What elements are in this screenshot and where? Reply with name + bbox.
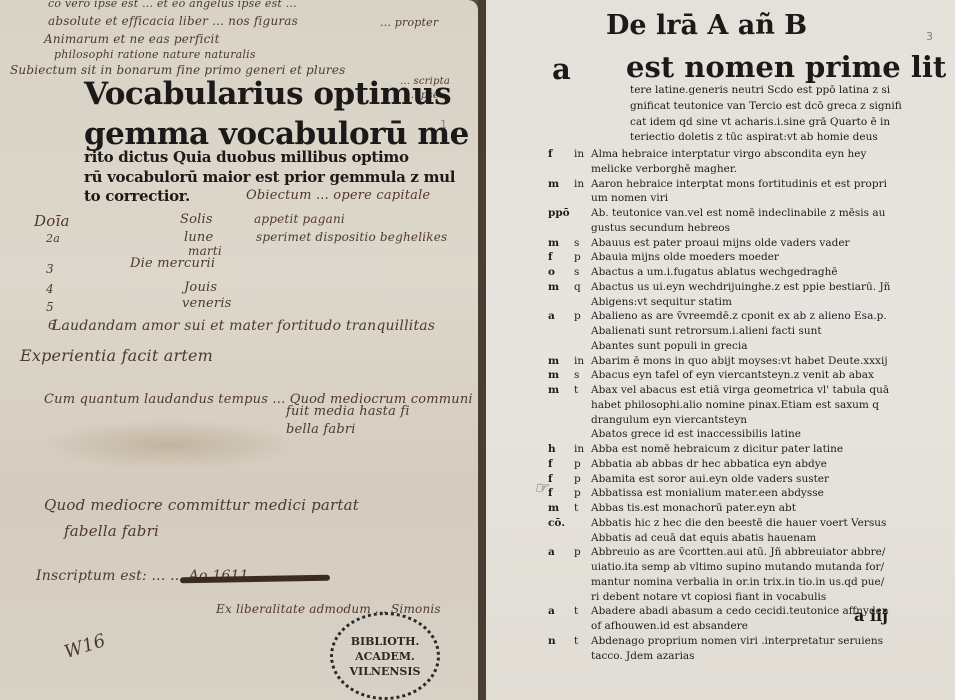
entry-type: in — [574, 443, 584, 455]
marginalia-right-0: ... propter — [380, 16, 438, 29]
stamp-line-3: VILNENSIS — [350, 664, 421, 679]
entry-text: Abadere abadi abasum a cedo cecidi.teuto… — [591, 605, 889, 617]
marginalia-top-1: absolute et efficacia liber ... nos figu… — [48, 14, 298, 28]
entry-type: p — [574, 487, 581, 499]
entry-type: in — [574, 355, 584, 367]
dictionary-entry: mantur nomina verbalia in or.in trix.in … — [486, 576, 955, 590]
entry-text: Abactus us ui.eyn wechdrijuinghe.z est p… — [591, 281, 890, 293]
entry-text: ri debent notare vt copiosi fiant in voc… — [591, 591, 826, 603]
weekday-right-0: appetit pagani — [254, 212, 345, 226]
entry-type: s — [574, 266, 579, 278]
dictionary-entry: Abigens:vt sequitur statim — [486, 296, 955, 310]
entry-gender: f — [548, 458, 553, 470]
weekday-right-1: sperimet dispositio beghelikes — [256, 230, 447, 244]
entry-gender: o — [548, 266, 555, 278]
entry-gender: h — [548, 443, 556, 455]
dictionary-entry: habet philosophi.alio nomine pinax.Etiam… — [486, 399, 955, 413]
marginalia-top-0: co vero ipse est ... et eo angelus ipse … — [48, 0, 297, 10]
entry-type: p — [574, 458, 581, 470]
entry-gender: a — [548, 605, 555, 617]
dictionary-entry: gustus secundum hebreos — [486, 222, 955, 236]
entry-text: Abalienati sunt retrorsum.i.alieni facti… — [591, 325, 822, 337]
dictionary-entry: uiatio.ita semp ab vltimo supino mutando… — [486, 561, 955, 575]
book-gutter — [478, 0, 486, 700]
intro-line-3: teriectio doletis z tūc aspirat:vt ab ho… — [630, 131, 878, 143]
weekday-left-0: Doīa — [34, 212, 70, 230]
dictionary-entry: msAbacus eyn tafel of eyn viercantsteyn.… — [486, 369, 955, 383]
dictionary-entry: ntAbdenago proprium nomen viri .interpre… — [486, 635, 955, 649]
title-line-2: gemma vocabulorū me — [84, 116, 469, 152]
intro-line-2: cat idem qd sine vt acharis.i.sine grā Q… — [630, 116, 890, 128]
marginalia-after-title: Obiectum ... opere capitale — [246, 188, 430, 203]
signature-mark: a iij — [854, 606, 888, 625]
dictionary-entry: finAlma hebraice interptatur virgo absco… — [486, 148, 955, 162]
entry-gender: ppō — [548, 207, 570, 219]
section-heading: De lrā A añ B — [606, 10, 807, 41]
entry-text: Abbatis ad ceuā dat equis abatis hauenam — [591, 532, 816, 544]
right-page-dictionary-leaf: 3 De lrā A añ B a est nomen prime lit te… — [486, 0, 955, 700]
left-page-title-leaf: co vero ipse est ... et eo angelus ipse … — [0, 0, 478, 700]
entry-type: p — [574, 310, 581, 322]
marginalia-top-4: Subiectum sit in bonarum fine primo gene… — [10, 63, 345, 77]
entry-gender: a — [548, 546, 555, 558]
weekday-mid-5: veneris — [182, 296, 232, 311]
stamp-line-2: ACADEM. — [355, 649, 415, 664]
entry-gender: m — [548, 178, 559, 190]
dictionary-entry: ppōAb. teutonice van.vel est nomē indecl… — [486, 207, 955, 221]
marginalia-top-2: Animarum et ne eas perficit — [44, 32, 220, 46]
entry-text: gustus secundum hebreos — [591, 222, 730, 234]
entry-text: Abacus eyn tafel of eyn viercantsteyn.z … — [591, 369, 874, 381]
stamp-line-1: BIBLIOTH. — [351, 634, 420, 649]
handwritten-line-4: bella fabri — [286, 422, 356, 437]
entry-type: t — [574, 635, 578, 647]
entry-text: um nomen viri — [591, 192, 668, 204]
dictionary-entry: fpAbbatissa est monialium mater.een abdy… — [486, 487, 955, 501]
entry-type: in — [574, 148, 584, 160]
dictionary-entry: Abbatis ad ceuā dat equis abatis hauenam — [486, 532, 955, 546]
weekday-left-4: 5 — [46, 300, 54, 314]
entry-text: Abax vel abacus est etiā virga geometric… — [591, 384, 889, 396]
entry-gender: m — [548, 281, 559, 293]
entry-text: Abauia mijns olde moeders moeder — [591, 251, 779, 263]
entry-text: Abatos grece id est inaccessibilis latin… — [591, 428, 801, 440]
shelfmark: W16 — [62, 630, 108, 663]
entry-gender: m — [548, 237, 559, 249]
weekday-left-3: 4 — [46, 282, 54, 296]
dictionary-entry: Abatos grece id est inaccessibilis latin… — [486, 428, 955, 442]
weekday-mid-1: lune — [184, 230, 213, 245]
entry-type: p — [574, 251, 581, 263]
dictionary-entry: drangulum eyn viercantsteyn — [486, 414, 955, 428]
intro-line-1: gnificat teutonice van Tercio est dcō gr… — [630, 100, 902, 112]
entry-text: uiatio.ita semp ab vltimo supino mutando… — [591, 561, 884, 573]
entry-type: q — [574, 281, 581, 293]
entry-gender: a — [548, 310, 555, 322]
ink-strikethrough — [180, 575, 330, 584]
entry-text: Abba est nomē hebraicum z dicitur pater … — [591, 443, 843, 455]
weekday-mid-0: Solis — [180, 212, 213, 227]
entry-text: Ab. teutonice van.vel est nomē indeclina… — [591, 207, 885, 219]
dictionary-entry: um nomen viri — [486, 192, 955, 206]
dictionary-entry: melicke verborghē magher. — [486, 163, 955, 177]
entry-text: Aaron hebraice interptat mons fortitudin… — [591, 178, 887, 190]
weekday-mid-4: Jouis — [184, 280, 217, 295]
folio-number: 3 — [926, 30, 933, 43]
title-line-1: Vocabularius optimus — [84, 76, 451, 112]
entry-text: Abigens:vt sequitur statim — [591, 296, 732, 308]
first-letter: a — [552, 52, 571, 86]
entry-text: Abauus est pater proaui mijns olde vader… — [591, 237, 850, 249]
dictionary-entry: tacco. Jdem azarias — [486, 650, 955, 664]
entry-text: Abbatissa est monialium mater.een abdyss… — [591, 487, 824, 499]
entry-text: Alma hebraice interptatur virgo abscondi… — [591, 148, 866, 160]
entry-gender: f — [548, 251, 553, 263]
entry-text: tacco. Jdem azarias — [591, 650, 695, 662]
entry-type: t — [574, 605, 578, 617]
entry-text: Abarim ē mons in quo abijt moyses:vt hab… — [591, 355, 888, 367]
entry-text: drangulum eyn viercantsteyn — [591, 414, 747, 426]
dictionary-entry: apAbbreuio as are v̄cortten.aui atū. Jñ … — [486, 546, 955, 560]
entry-type: p — [574, 473, 581, 485]
dictionary-entry: ri debent notare vt copiosi fiant in voc… — [486, 591, 955, 605]
entry-type: t — [574, 502, 578, 514]
entry-text: melicke verborghē magher. — [591, 163, 737, 175]
entry-gender: f — [548, 148, 553, 160]
dictionary-entry: minAaron hebraice interptat mons fortitu… — [486, 178, 955, 192]
entry-text: Abbas tis.est monachorū pater.eyn abt — [591, 502, 796, 514]
dictionary-entry: mqAbactus us ui.eyn wechdrijuinghe.z est… — [486, 281, 955, 295]
subtitle-line-2: rū vocabulorū maior est prior gemmula z … — [84, 168, 455, 186]
handwritten-line-1: Experientia facit artem — [20, 346, 213, 365]
entry-gender: m — [548, 502, 559, 514]
dictionary-entry: cō.Abbatis hic z hec die den beestē die … — [486, 517, 955, 531]
entry-type: s — [574, 237, 579, 249]
dictionary-entry: apAbalieno as are v̄vreemdē.z cponit ex … — [486, 310, 955, 324]
entry-text: habet philosophi.alio nomine pinax.Etiam… — [591, 399, 879, 411]
intro-line-0: tere latine.generis neutri Scdo est ppō … — [630, 84, 890, 96]
dictionary-entry: fpAbauia mijns olde moeders moeder — [486, 251, 955, 265]
handwritten-line-6: fabella fabri — [64, 522, 159, 540]
entry-text: of afhouwen.id est absandere — [591, 620, 748, 632]
dictionary-entry: fpAbamita est soror aui.eyn olde vaders … — [486, 473, 955, 487]
dictionary-entry: Abantes sunt populi in grecia — [486, 340, 955, 354]
entry-text: Abalieno as are v̄vreemdē.z cponit ex ab… — [591, 310, 887, 322]
entry-text: Abdenago proprium nomen viri .interpreta… — [591, 635, 883, 647]
entry-text: Abantes sunt populi in grecia — [591, 340, 747, 352]
entry-gender: m — [548, 369, 559, 381]
dictionary-entry: fpAbbatia ab abbas dr hec abbatica eyn a… — [486, 458, 955, 472]
entry-type: t — [574, 384, 578, 396]
dictionary-entry: osAbactus a um.i.fugatus ablatus wechged… — [486, 266, 955, 280]
entry-type: s — [574, 369, 579, 381]
entry-type: p — [574, 546, 581, 558]
entry-text: Abbatia ab abbas dr hec abbatica eyn abd… — [591, 458, 827, 470]
weekday-left-2: 3 — [46, 262, 54, 276]
weekday-left-1: 2a — [46, 232, 60, 245]
subtitle-line-1: rito dictus Quia duobus millibus optimo — [84, 148, 409, 166]
first-line: est nomen prime lit — [626, 50, 946, 84]
pencil-page-number: 1 — [440, 118, 447, 131]
marginalia-top-3: philosophi ratione nature naturalis — [54, 48, 256, 61]
dictionary-entry: minAbarim ē mons in quo abijt moyses:vt … — [486, 355, 955, 369]
library-stamp: BIBLIOTH. ACADEM. VILNENSIS — [330, 612, 440, 700]
entry-gender: n — [548, 635, 556, 647]
handwritten-line-0: Laudandam amor sui et mater fortitudo tr… — [52, 318, 435, 334]
handwritten-line-5: Quod mediocre committur medici partat — [44, 496, 359, 514]
entry-gender: m — [548, 384, 559, 396]
entry-text: Abactus a um.i.fugatus ablatus wechgedra… — [591, 266, 838, 278]
entry-gender: m — [548, 355, 559, 367]
dictionary-entry: msAbauus est pater proaui mijns olde vad… — [486, 237, 955, 251]
dictionary-entry: mtAbax vel abacus est etiā virga geometr… — [486, 384, 955, 398]
handwritten-provenance: Ex liberalitate admodum ... Simonis — [216, 602, 441, 616]
handwritten-line-3: fuit media hasta fi — [286, 404, 410, 419]
entry-text: Abamita est soror aui.eyn olde vaders su… — [591, 473, 829, 485]
entry-text: Abbreuio as are v̄cortten.aui atū. Jñ ab… — [591, 546, 885, 558]
entry-text: Abbatis hic z hec die den beestē die hau… — [591, 517, 886, 529]
weekday-mid-3: Die mercurii — [130, 256, 215, 271]
subtitle-line-3: to correctior. — [84, 187, 190, 205]
manicule-icon: ☞ — [534, 478, 549, 497]
entry-type: in — [574, 178, 584, 190]
dictionary-entry: hinAbba est nomē hebraicum z dicitur pat… — [486, 443, 955, 457]
dictionary-entry: Abalienati sunt retrorsum.i.alieni facti… — [486, 325, 955, 339]
dictionary-entry: mtAbbas tis.est monachorū pater.eyn abt — [486, 502, 955, 516]
entry-gender: cō. — [548, 517, 565, 529]
entry-text: mantur nomina verbalia in or.in trix.in … — [591, 576, 884, 588]
